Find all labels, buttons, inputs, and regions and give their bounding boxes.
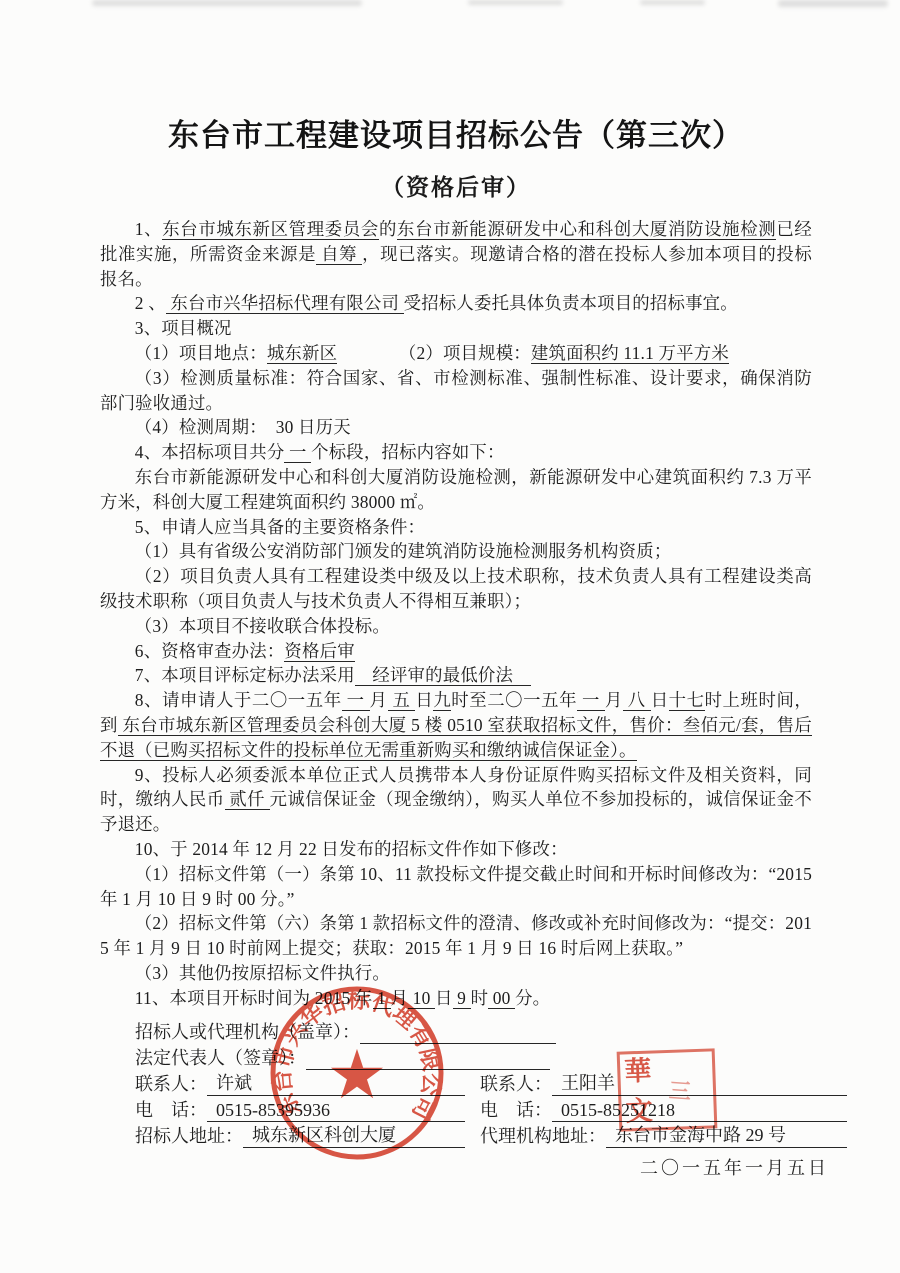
scan-smudge [640,0,705,5]
contact-label: 联系人： [480,1070,552,1096]
text-run: （3）检测质量标准：符合国家、省、市检测标准、强制性标准、设计要求，确保消防部门… [100,368,812,413]
paragraph: （3）其他仍按原招标文件执行。 [100,961,812,986]
document-body: 1、东台市城东新区管理委员会的东台市新能源研发中心和科创大厦消防设施检测已经批准… [100,217,812,1011]
paragraph: （1）具有省级公安消防部门颁发的建筑消防设施检测服务机构资质； [100,539,812,564]
text-run: （2）项目负责人具有工程建设类中级及以上技术职称，技术负责人具有工程建设类高级技… [100,566,812,611]
text-run: （1）招标文件第（一）条第 10、11 款投标文件提交截止时间和开标时间修改为：… [100,864,812,909]
contact-label: 招标人地址： [135,1122,243,1148]
filled-blank: 资格后审 [284,641,354,662]
text-run: 4、本招标项目共分 [135,442,285,462]
contact-value: 0515-85395936 [207,1100,465,1122]
text-run: 日 [435,988,453,1008]
paragraph: 8、请申请人于二〇一五年 一 月 五 日九时至二〇一五年 一 月 八 日十七时上… [100,688,812,762]
paragraph: （3）检测质量标准：符合国家、省、市检测标准、强制性标准、设计要求，确保消防部门… [100,366,812,416]
contact-label: 联系人： [135,1070,207,1096]
text-run: （3）本项目不接收联合体投标。 [135,616,390,636]
text-run: 东台市新能源研发中心和科创大厦消防设施检测，新能源研发中心建筑面积约 7.3 万… [100,467,812,512]
text-run: （1）项目地点： [135,343,267,363]
document-title: 东台市工程建设项目招标公告（第三次） [100,110,812,155]
contact-row: 电 话：0515-85395936电 话：0515-85251218 [135,1096,847,1122]
scan-smudge [92,0,362,6]
signature-label: 招标人或代理机构（盖章）： [135,1018,360,1044]
text-run: 月 [391,988,409,1008]
blank-line [306,1049,550,1070]
filled-blank: 9 [453,988,471,1009]
tenderer-column: 招标人地址：城东新区科创大厦 [135,1121,465,1148]
signature-block: 招标人或代理机构（盖章）：法定代表人（签章）： 联系人：许斌联系人：王阳羊电 话… [135,1018,847,1176]
tenderer-column: 联系人：许斌 [135,1069,465,1096]
date-line: 二〇一五年一月五日 [135,1154,847,1176]
document: 东台市工程建设项目招标公告（第三次） （资格后审） 1、东台市城东新区管理委员会… [100,100,812,1011]
filled-blank: 九 [433,690,451,711]
text-run: 时至二〇一五年 [451,690,577,710]
filled-blank: 10 [408,988,435,1009]
filled-blank: 东台市城东新区管理委员会 [162,219,379,240]
scanned-document-page: 东台市工程建设项目招标公告（第三次） （资格后审） 1、东台市城东新区管理委员会… [0,0,900,1273]
paragraph: （2）项目负责人具有工程建设类中级及以上技术职称，技术负责人具有工程建设类高级技… [100,564,812,614]
filled-blank: 一 [577,690,605,711]
contact-label: 代理机构地址： [480,1122,606,1148]
paragraph: 10、于 2014 年 12 月 22 日发布的招标文件作如下修改： [100,837,812,862]
text-run: 2 、 [135,293,166,313]
agency-column: 电 话：0515-85251218 [480,1096,847,1122]
text-run: 时 [471,988,489,1008]
filled-blank: 贰仟 [225,789,270,810]
text-run: 分。 [515,988,550,1008]
contact-label: 电 话： [135,1096,207,1122]
agency-column: 联系人：王阳羊 [480,1069,847,1096]
text-run: 1、 [135,219,162,239]
paragraph: （1）项目地点：城东新区 （2）项目规模：建筑面积约 11.1 万平方米 [100,341,812,366]
text-run: 6、资格审查办法： [135,641,285,661]
filled-blank: 经评审的最低价法 [355,665,531,686]
signature-row: 招标人或代理机构（盖章）： [135,1018,847,1044]
contact-value: 城东新区科创大厦 [243,1121,465,1148]
paragraph: 3、项目概况 [100,316,812,341]
filled-blank: 东台市兴华招标代理有限公司 [166,293,404,314]
text-run: （4）检测周期： 30 日历天 [135,417,351,437]
paragraph: 6、资格审查办法：资格后审 [100,639,812,664]
filled-blank: 一 [342,690,370,711]
text-run: 10、于 2014 年 12 月 22 日发布的招标文件作如下修改： [135,839,568,859]
sign-rows: 招标人或代理机构（盖章）：法定代表人（签章）： [135,1018,847,1070]
contact-value: 东台市金海中路 29 号 [606,1121,847,1148]
filled-blank: 城东新区 [267,343,337,364]
tenderer-column: 电 话：0515-85395936 [135,1096,465,1122]
contact-value: 许斌 [207,1069,465,1096]
paragraph: 1、东台市城东新区管理委员会的东台市新能源研发中心和科创大厦消防设施检测已经批准… [100,217,812,291]
contact-rows: 联系人：许斌联系人：王阳羊电 话：0515-85395936电 话：0515-8… [135,1070,847,1148]
text-run: 7、本项目评标定标办法采用 [135,665,355,685]
document-subtitle: （资格后审） [100,169,812,202]
text-run: 日 [415,690,433,710]
paragraph: 9、投标人必须委派本单位正式人员携带本人身份证原件购买招标文件及相关资料，同时，… [100,763,812,837]
filled-blank: 一 [284,442,311,463]
text-run: 3、项目概况 [135,318,232,338]
text-run: （2）项目规模： [337,343,531,363]
text-run: 个标段，招标内容如下： [311,442,505,462]
scan-smudge [468,0,563,5]
filled-blank: 1 [373,988,391,1009]
contact-row: 联系人：许斌联系人：王阳羊 [135,1070,847,1096]
paragraph: 东台市新能源研发中心和科创大厦消防设施检测，新能源研发中心建筑面积约 7.3 万… [100,465,812,515]
paragraph: 7、本项目评标定标办法采用 经评审的最低价法 [100,663,812,688]
text-run: 受招标人委托具体负责本项目的招标事宜。 [404,293,738,313]
filled-blank: 东台市城东新区管理委员会科创大厦 5 楼 0510 室获取招标文件，售价：叁佰元… [100,715,812,761]
filled-blank: 自筹 [316,244,362,265]
text-run: （3）其他仍按原招标文件执行。 [135,963,390,983]
text-run: （2）招标文件第（六）条第 1 款招标文件的澄清、修改或补充时间修改为：“提交：… [100,913,812,958]
contact-label: 电 话： [480,1096,552,1122]
text-run: 5、申请人应当具备的主要资格条件： [135,517,425,537]
text-run: 月 [605,690,623,710]
filled-blank: 东台市新能源研发中心和科创大厦消防设施检测 [397,219,776,240]
signature-row: 法定代表人（签章）： [135,1044,847,1070]
filled-blank: 五 [388,690,416,711]
text-run: 日 [651,690,669,710]
filled-blank: 00 [488,988,515,1009]
paragraph: 2 、 东台市兴华招标代理有限公司 受招标人委托具体负责本项目的招标事宜。 [100,291,812,316]
text-run: 的 [379,219,397,239]
paragraph: 4、本招标项目共分 一 个标段，招标内容如下： [100,440,812,465]
contact-row: 招标人地址：城东新区科创大厦代理机构地址：东台市金海中路 29 号 [135,1122,847,1148]
text-run: 8、请申请人于二〇一五年 [135,690,342,710]
filled-blank: 八 [623,690,651,711]
paragraph: 11、本项目开标时间为 2015 年 1 月 10 日 9 时 00 分。 [100,986,812,1011]
paragraph: （1）招标文件第（一）条第 10、11 款投标文件提交截止时间和开标时间修改为：… [100,862,812,912]
paragraph: （3）本项目不接收联合体投标。 [100,614,812,639]
filled-blank: 十七 [669,690,705,711]
text-run: （1）具有省级公安消防部门颁发的建筑消防设施检测服务机构资质； [135,541,672,561]
scan-smudge [778,0,888,7]
paragraph: （2）招标文件第（六）条第 1 款招标文件的澄清、修改或补充时间修改为：“提交：… [100,911,812,961]
signature-label: 法定代表人（签章）： [135,1044,306,1070]
paragraph: （4）检测周期： 30 日历天 [100,415,812,440]
text-run: 11、本项目开标时间为 2015 年 [135,988,373,1008]
contact-value: 0515-85251218 [552,1100,847,1122]
text-run: 月 [370,690,388,710]
blank-line [360,1023,556,1044]
paragraph: 5、申请人应当具备的主要资格条件： [100,515,812,540]
filled-blank: 建筑面积约 11.1 万平方米 [531,343,729,364]
contact-value: 王阳羊 [552,1069,847,1096]
agency-column: 代理机构地址：东台市金海中路 29 号 [480,1121,847,1148]
